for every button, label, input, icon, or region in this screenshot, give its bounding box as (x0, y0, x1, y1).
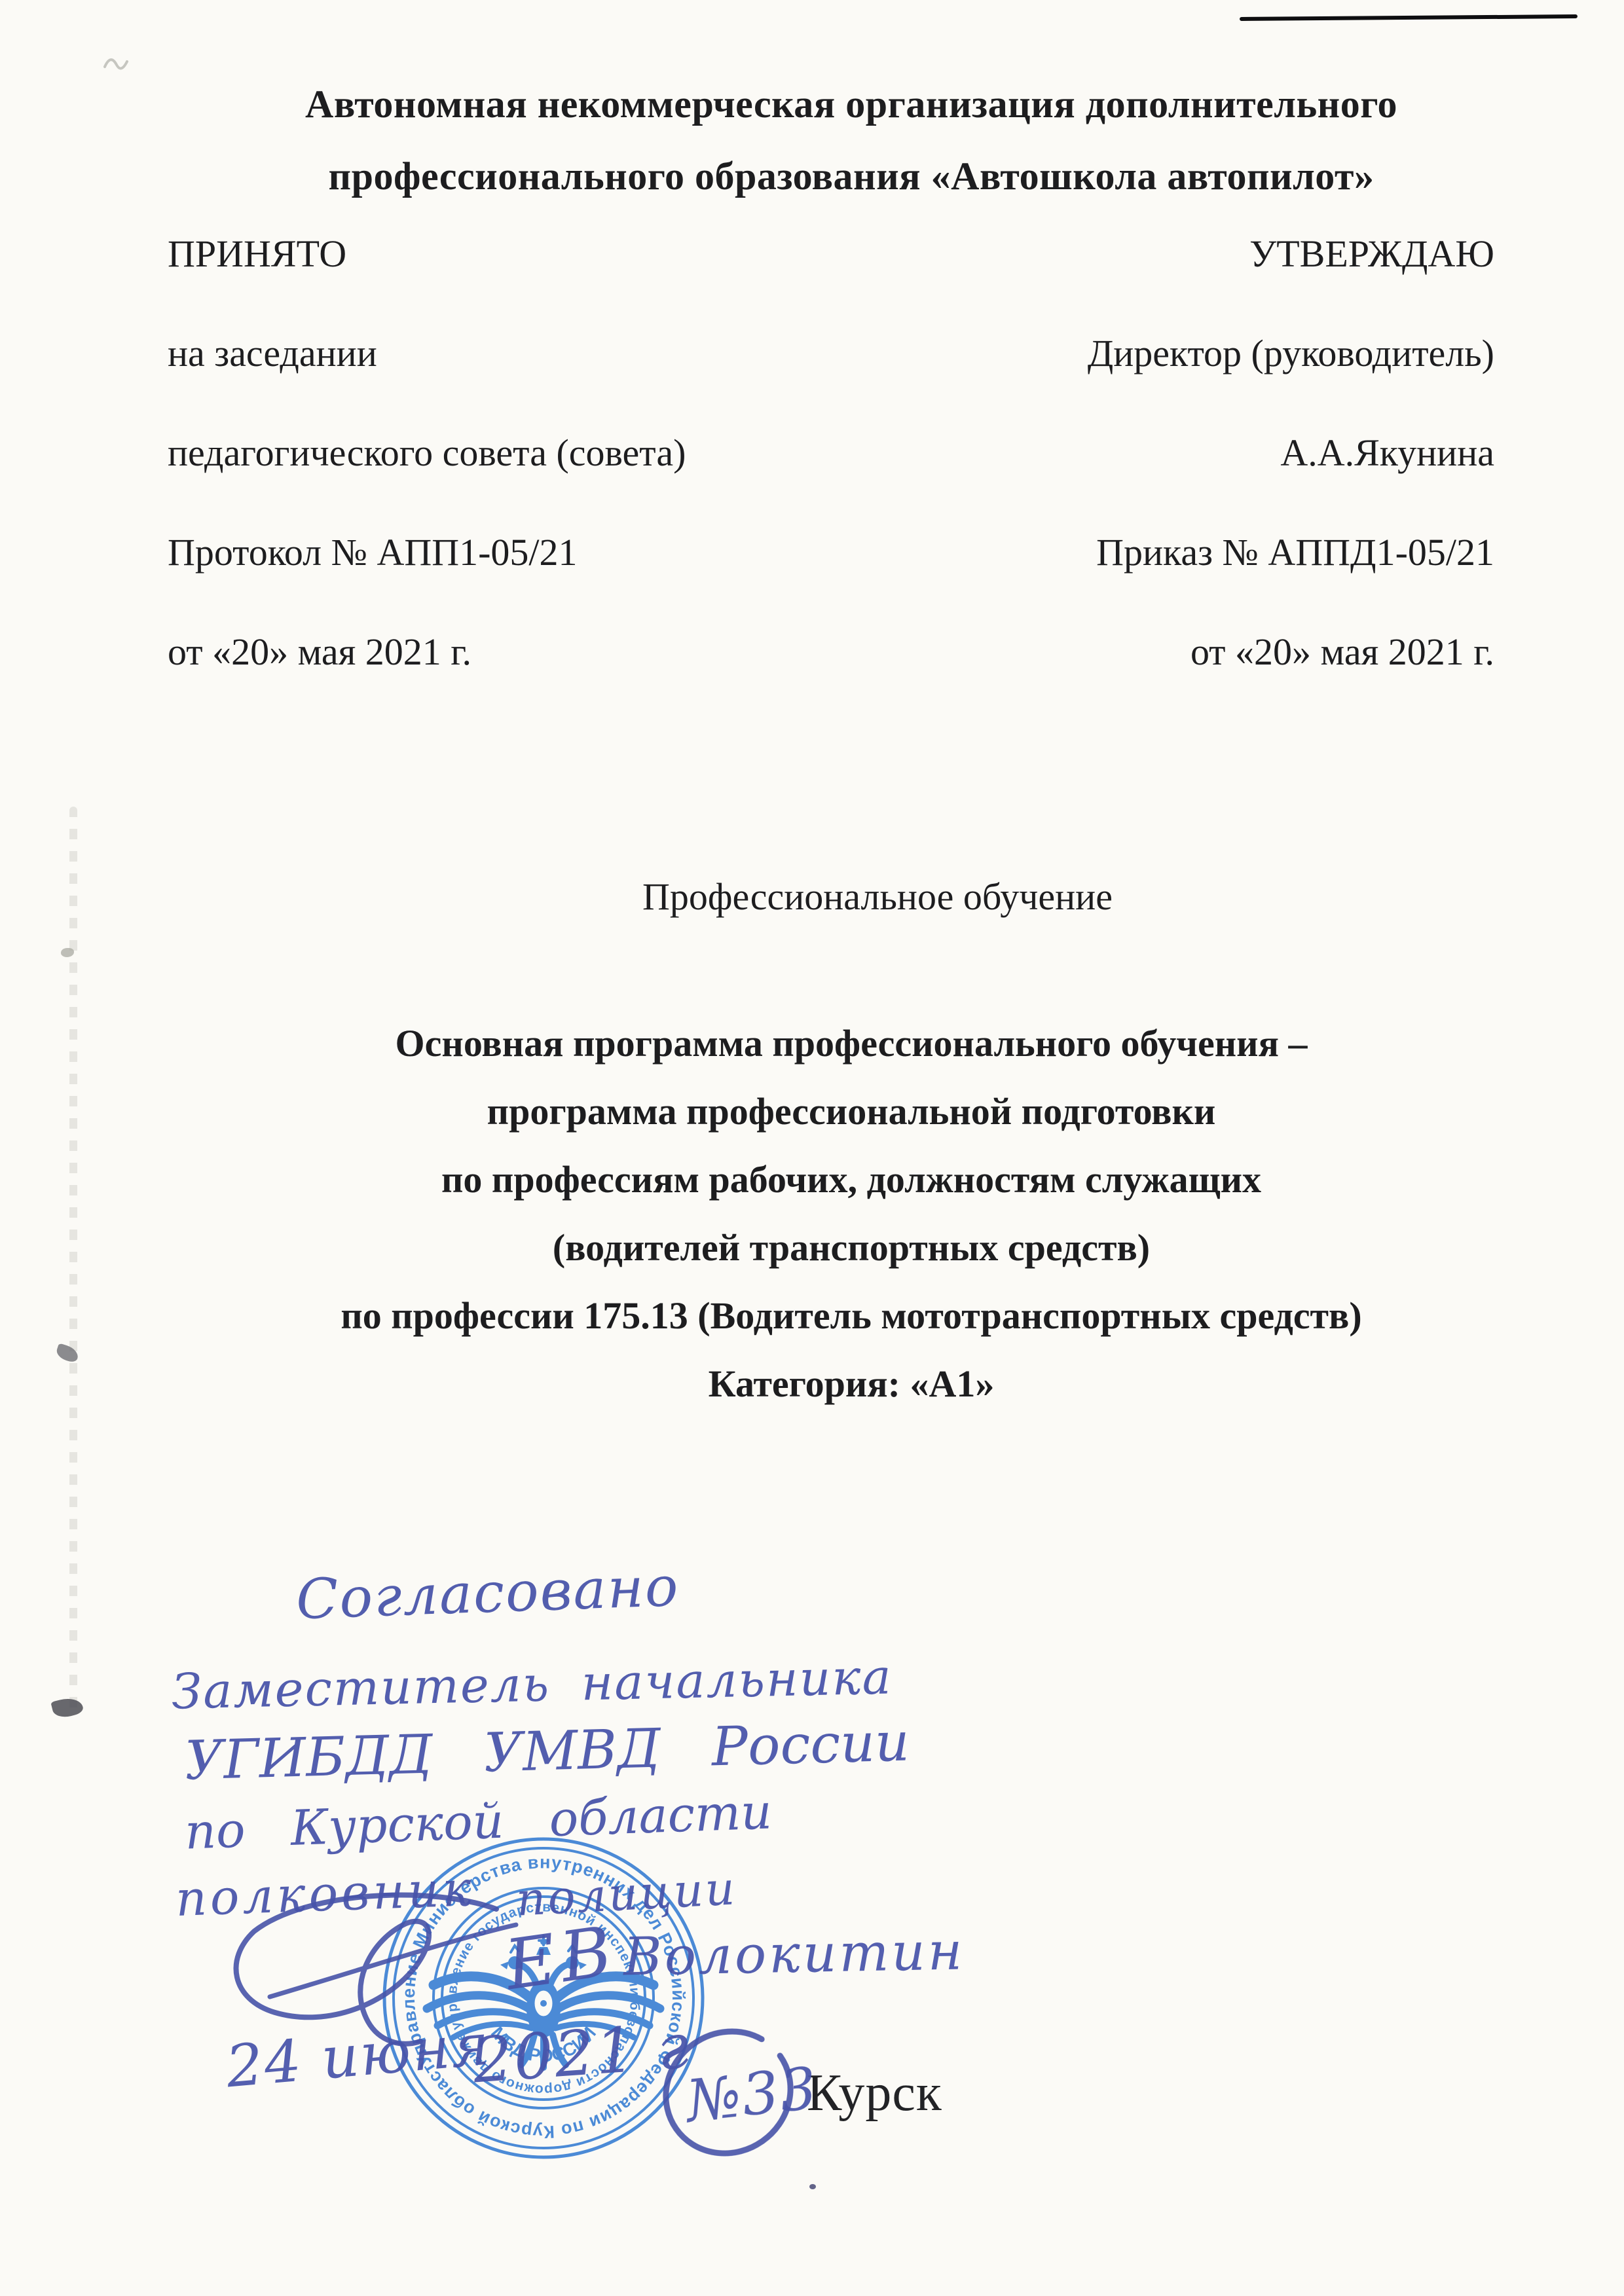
accepted-line: на заседании (168, 304, 686, 403)
accepted-line: педагогического совета (совета) (168, 403, 686, 503)
program-title-block: Основная программа профессионального обу… (0, 1010, 1624, 1418)
accepted-line: Протокол № АПП1-05/21 (168, 503, 686, 602)
scan-edge-artifact (1240, 14, 1578, 21)
accepted-title: ПРИНЯТО (168, 204, 686, 304)
accepted-line: от «20» мая 2021 г. (168, 602, 686, 702)
handwriting-position-1: Заместитель начальника (171, 1649, 893, 1720)
organization-title: Автономная некоммерческая организация до… (0, 68, 1624, 212)
organization-title-line1: Автономная некоммерческая организация до… (79, 68, 1624, 140)
program-title-line: по профессии 175.13 (Водитель мототрансп… (79, 1282, 1624, 1350)
program-title-line: (водителей транспортных средств) (79, 1214, 1624, 1282)
program-title-line: по профессиям рабочих, должностям служащ… (79, 1146, 1624, 1214)
program-title-line: Категория: «А1» (79, 1350, 1624, 1418)
paper-smudge (50, 1695, 84, 1720)
handwriting-year: 2021 г (471, 2011, 693, 2098)
scanned-document-page: Автономная некоммерческая организация до… (0, 0, 1624, 2296)
document-subtitle: Профессиональное обучение (0, 875, 1624, 919)
organization-title-line2: профессионального образования «Автошкола… (79, 140, 1624, 212)
approved-line: от «20» мая 2021 г. (1088, 602, 1494, 702)
ink-dot (809, 2184, 816, 2189)
program-title-line: программа профессиональной подготовки (79, 1078, 1624, 1146)
approved-title: УТВЕРЖДАЮ (1088, 204, 1494, 304)
city-label: Курск (807, 2064, 942, 2123)
handwriting-initials: ЕВ (500, 1911, 621, 2005)
handwriting-rank: полковник (175, 1861, 475, 1927)
handwriting-agreed: Согласовано (295, 1554, 680, 1631)
approved-block: УТВЕРЖДАЮ Директор (руководитель) А.А.Як… (1088, 204, 1494, 702)
handwriting-surname: Волокитин (623, 1920, 965, 1987)
handwriting-copy-number: №33 (683, 2054, 821, 2135)
accepted-block: ПРИНЯТО на заседании педагогического сов… (168, 204, 686, 702)
approved-line: А.А.Якунина (1088, 403, 1494, 503)
handwriting-position-2: УГИБДД УМВД России (184, 1711, 910, 1793)
approved-line: Приказ № АППД1-05/21 (1088, 503, 1494, 602)
approved-line: Директор (руководитель) (1088, 304, 1494, 403)
program-title-line: Основная программа профессионального обу… (79, 1010, 1624, 1078)
paper-smudge (61, 948, 74, 957)
